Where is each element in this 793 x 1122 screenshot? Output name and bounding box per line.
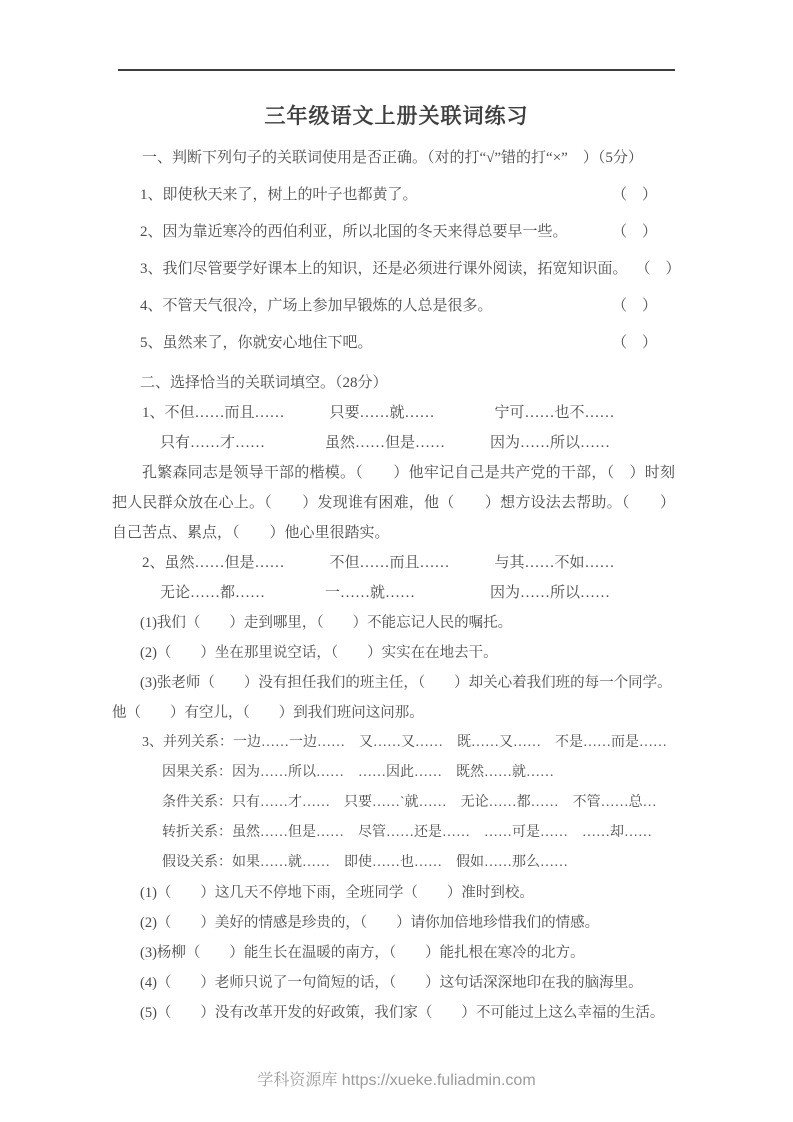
section-2: 二、选择恰当的关联词填空。（28分） 1、不但……而且…… 只要……就…… 宁可… [112,368,675,1028]
item3-relation-parallel: 3、并列关系：一边……一边…… 又……又…… 既……又…… 不是……而是…… [112,728,675,758]
item3-blank-2: (2)（ ）美好的情感是珍贵的，（ ）请你加倍地珍惜我们的情感。 [112,908,675,938]
question-text: 3、我们尽管要学好课本上的知识，还是必须进行课外阅读，拓宽知识面。 [140,251,628,288]
item1-options-row2: 只有……才…… 虽然……但是…… 因为……所以…… [112,428,675,458]
item1-fill-paragraph: 孔繁森同志是领导干部的楷模。（ ）他牢记自己是共产党的干部，（ ）时刻把人民群众… [112,458,675,548]
question-text: 5、虽然来了，你就安心地住下吧。 [140,325,373,362]
item2-options-row1: 2、虽然……但是…… 不但……而且…… 与其……不如…… [112,548,675,578]
item2-options-row2: 无论……都…… 一……就…… 因为……所以…… [112,578,675,608]
item3-relation-adversative: 转折关系：虽然……但是…… 尽管……还是…… ……可是…… ……却…… [112,818,675,848]
item3-blank-5: (5)（ ）没有改革开发的好政策，我们家（ ）不可能过上这么幸福的生活。 [112,998,675,1028]
answer-bracket: （ ） [636,251,681,288]
judge-question-row: 4、不管天气很冷，广场上参加早锻炼的人总是很多。 （ ） [112,288,675,325]
judge-question-row: 5、虽然来了，你就安心地住下吧。 （ ） [112,325,675,362]
item3-blank-3: (3)杨柳（ ）能生长在温暖的南方，（ ）能扎根在寒冷的北方。 [112,938,675,968]
answer-bracket: （ ） [612,288,657,325]
worksheet-page: 三年级语文上册关联词练习 一、判断下列句子的关联词使用是否正确。（对的打“√”错… [0,0,793,1122]
section-1: 一、判断下列句子的关联词使用是否正确。（对的打“√”错的打“×” ）（5分） 1… [112,140,675,362]
judge-question-row: 1、即使秋天来了，树上的叶子也都黄了。 （ ） [112,177,675,214]
footer: 学科资源库 https://xueke.fuliadmin.com [0,1067,793,1090]
item2-blank-1: (1)我们（ ）走到哪里，（ ）不能忘记人民的嘱托。 [112,608,675,638]
answer-bracket: （ ） [612,177,657,214]
question-text: 2、因为靠近寒冷的西伯利亚，所以北国的冬天来得总要早一些。 [140,214,568,251]
item1-options-row1: 1、不但……而且…… 只要……就…… 宁可……也不…… [112,398,675,428]
item3-relation-causal: 因果关系：因为……所以…… ……因此…… 既然……就…… [112,758,675,788]
item2-blank-2: (2)（ ）坐在那里说空话，（ ）实实在在地去干。 [112,638,675,668]
answer-bracket: （ ） [612,214,657,251]
item3-blank-4: (4)（ ）老师只说了一句简短的话，（ ）这句话深深地印在我的脑海里。 [112,968,675,998]
item3-relation-conditional: 条件关系：只有……才…… 只要……`就…… 无论……都…… 不管……总… [112,788,675,818]
section1-heading: 一、判断下列句子的关联词使用是否正确。（对的打“√”错的打“×” ）（5分） [112,140,675,177]
top-horizontal-rule [118,69,675,71]
worksheet-content: 一、判断下列句子的关联词使用是否正确。（对的打“√”错的打“×” ）（5分） 1… [112,140,675,1028]
item3-relation-hypothetical: 假设关系：如果……就…… 即使……也…… 假如……那么…… [112,848,675,878]
footer-text: 学科资源库 https://xueke.fuliadmin.com [257,1072,535,1089]
question-text: 1、即使秋天来了，树上的叶子也都黄了。 [140,177,418,214]
item2-blank-3: (3)张老师（ ）没有担任我们的班主任，（ ）却关心着我们班的每一个同学。他（ … [112,668,675,728]
question-text: 4、不管天气很冷，广场上参加早锻炼的人总是很多。 [140,288,493,325]
judge-question-row: 2、因为靠近寒冷的西伯利亚，所以北国的冬天来得总要早一些。 （ ） [112,214,675,251]
section2-heading: 二、选择恰当的关联词填空。（28分） [112,368,675,398]
judge-question-row: 3、我们尽管要学好课本上的知识，还是必须进行课外阅读，拓宽知识面。 （ ） [112,251,675,288]
answer-bracket: （ ） [612,325,657,362]
page-title: 三年级语文上册关联词练习 [0,100,793,130]
item3-blank-1: (1)（ ）这几天不停地下雨，全班同学（ ）准时到校。 [112,878,675,908]
